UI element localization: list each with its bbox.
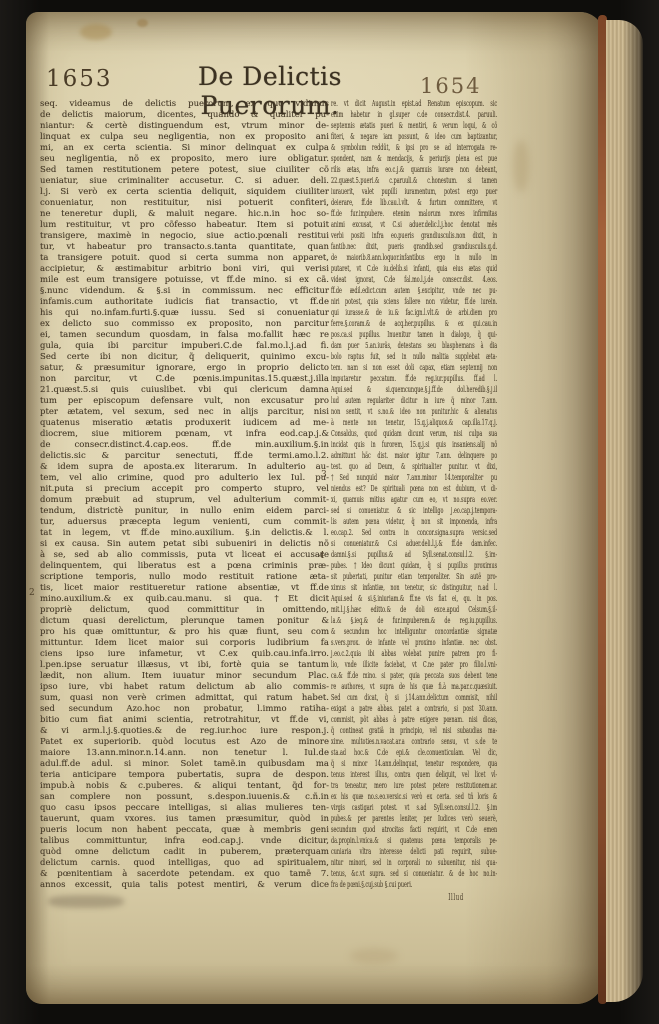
page-number-left: 1653 <box>46 66 113 92</box>
margin-marker-4: 4 <box>319 551 325 561</box>
margin-marker-3: 3 <box>321 470 327 480</box>
catchword: Illud <box>331 891 497 904</box>
book-scan: 1653 De Delictis Puerorum. 1654 seq. vid… <box>0 0 659 1024</box>
page-number-right: 1654 <box>420 74 481 98</box>
right-text-column-wrapper: re. vt dicit August.in epist.ad Renatum … <box>331 99 497 904</box>
right-column-last-line: fra de pœni.§.cuj.sub §.cui pueri. <box>331 880 497 891</box>
page-edge-stack <box>606 20 643 1002</box>
left-text-column: seq. videamus de delictis puerorum, ex q… <box>40 99 329 891</box>
margin-marker-2: 2 <box>29 588 35 598</box>
right-text-column: re. vt dicit August.in epist.ad Renatum … <box>331 99 497 880</box>
